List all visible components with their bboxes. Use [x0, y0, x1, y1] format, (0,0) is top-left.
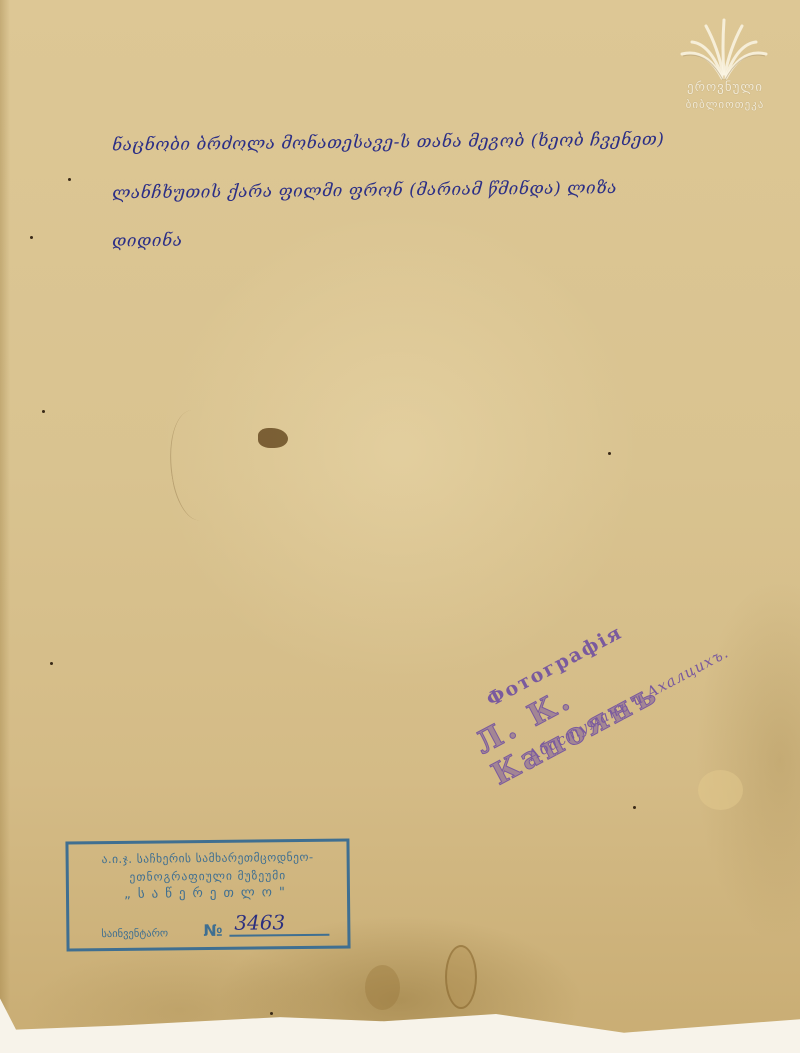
handwriting-line-3: დიდინა [112, 211, 772, 266]
photo-card-back: ეროვნული ბიბლიოთეკა ნაცნობი ბრძოლა მონათ… [0, 0, 800, 1040]
speck [42, 410, 45, 413]
inventory-underline [229, 934, 329, 937]
watermark-line-2: ბიბლიოთეკა [662, 98, 788, 111]
watermark-line-1: ეროვნული [662, 80, 788, 95]
museum-stamp-line-1: ა.ი.ჯ. საჩხერის სამხარეთმცოდნეო- [69, 850, 347, 867]
number-sign: № [203, 921, 222, 940]
museum-stamp-line-2: ეთნოგრაფიული მუზეუმი [69, 868, 347, 885]
stain-spot [258, 428, 288, 448]
stain-ring [698, 770, 743, 810]
card-edge-shadow [0, 0, 10, 1010]
inventory-number: 3463 [234, 910, 285, 935]
handwritten-note: ნაცნობი ბრძოლა მონათესავე-ს თანა მეგობ (… [112, 118, 772, 262]
book-leaves-logo-icon [676, 18, 772, 80]
inventory-number-row: საინვენტარო № 3463 [79, 914, 339, 943]
speck [633, 806, 636, 809]
museum-inventory-stamp: ა.ი.ჯ. საჩხერის სამხარეთმცოდნეო- ეთნოგრა… [65, 839, 350, 952]
stain-drip [365, 965, 400, 1010]
museum-stamp-line-3: „საწერეთლო" [69, 885, 347, 903]
inventory-label: საინვენტარო [101, 927, 168, 940]
library-watermark: ეროვნული ბიბლიოთეკა [662, 18, 788, 110]
speck [608, 452, 611, 455]
speck [270, 1012, 273, 1015]
speck [68, 178, 71, 181]
handwriting-line-2: ლანჩხუთის ქარა ფილმი ფრონ (მარიამ წმინდა… [112, 163, 772, 218]
handwriting-line-1: ნაცნობი ბრძოლა მონათესავე-ს თანა მეგობ (… [112, 115, 772, 170]
stain-drip [445, 945, 477, 1009]
speck [30, 236, 33, 239]
paper-crease [161, 406, 230, 523]
speck [50, 662, 53, 665]
